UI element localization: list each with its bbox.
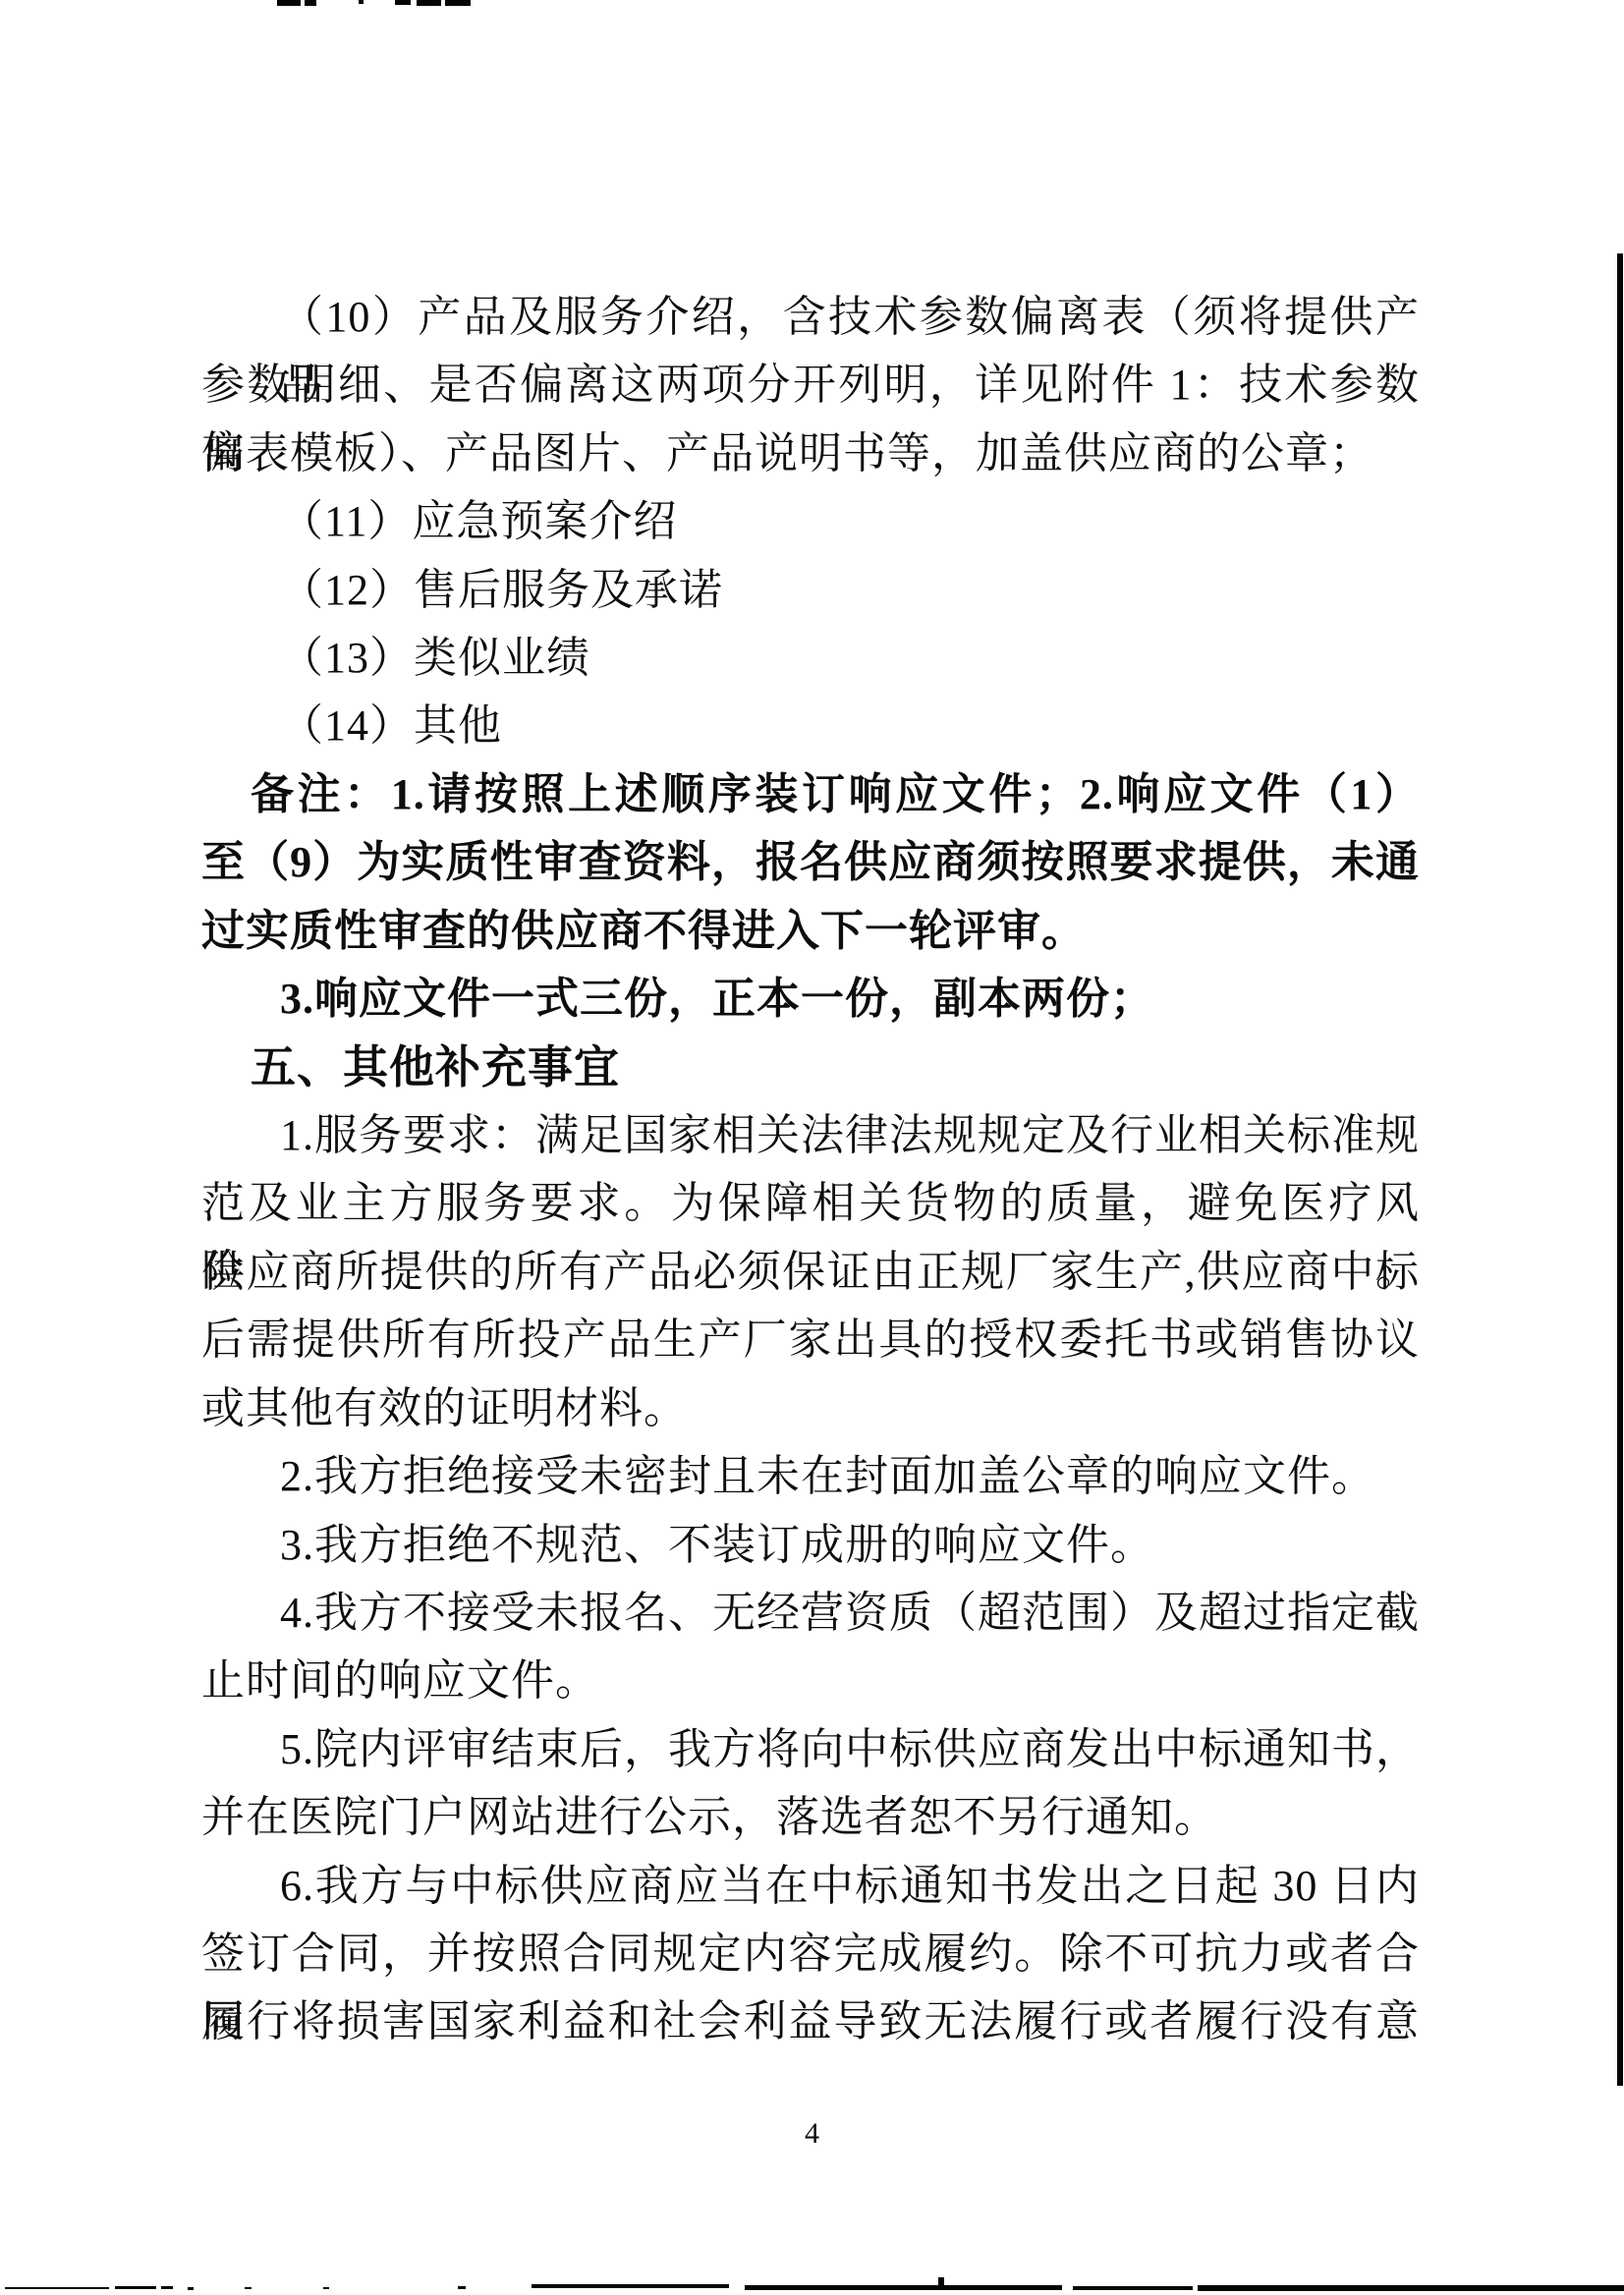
section-heading: 五、其他补充事宜 xyxy=(201,1034,1420,1101)
text-line: 4.我方不接受未报名、无经营资质（超范围）及超过指定截 xyxy=(201,1579,1420,1647)
document-page: （10）产品及服务介绍，含技术参数偏离表（须将提供产品 参数明细、是否偏离这两项… xyxy=(0,0,1624,2295)
scan-artifact-bottom xyxy=(5,2287,109,2289)
scan-artifact-bottom xyxy=(745,2285,1062,2290)
text-line: 2.我方拒绝接受未密封且未在封面加盖公章的响应文件。 xyxy=(201,1442,1420,1510)
scan-artifact-top xyxy=(359,0,364,4)
text-line: （14）其他 xyxy=(201,692,1420,759)
text-line: （13）类似业绩 xyxy=(201,624,1420,692)
text-line: 过实质性审查的供应商不得进入下一轮评审。 xyxy=(201,897,1420,965)
text-line: 或其他有效的证明材料。 xyxy=(201,1374,1420,1442)
scan-artifact-bottom xyxy=(115,2286,156,2289)
text-line: 1.服务要求：满足国家相关法律法规规定及行业相关标准规 xyxy=(201,1101,1420,1169)
text-line: （12）售后服务及承诺 xyxy=(201,556,1420,624)
scan-artifact-bottom xyxy=(188,2287,194,2290)
text-line: 6.我方与中标供应商应当在中标通知书发出之日起 30 日内 xyxy=(201,1852,1420,1920)
scan-artifact-bottom xyxy=(323,2287,329,2289)
text-line: 止时间的响应文件。 xyxy=(201,1647,1420,1714)
scan-artifact-top xyxy=(417,0,441,6)
text-line: 3.响应文件一式三份，正本一份，副本两份； xyxy=(201,965,1420,1033)
text-line: 签订合同，并按照合同规定内容完成履约。除不可抗力或者合同 xyxy=(201,1920,1420,1987)
scan-artifact-bottom xyxy=(532,2284,729,2288)
text-line: （11）应急预案介绍 xyxy=(201,487,1420,555)
text-line: 备注：1.请按照上述顺序装订响应文件；2.响应文件（1） xyxy=(201,760,1420,828)
page-number: 4 xyxy=(0,2114,1624,2154)
scan-artifact-top xyxy=(445,0,471,6)
text-line: 离表模板）、产品图片、产品说明书等，加盖供应商的公章； xyxy=(201,420,1420,487)
text-line: 并在医院门户网站进行公示，落选者恕不另行通知。 xyxy=(201,1783,1420,1851)
text-line: （10）产品及服务介绍，含技术参数偏离表（须将提供产品 xyxy=(201,283,1420,351)
scan-artifact-bottom xyxy=(1198,2285,1624,2291)
scan-artifact-bottom xyxy=(938,2277,944,2287)
text-line: 后需提供所有所投产品生产厂家出具的授权委托书或销售协议 xyxy=(201,1306,1420,1373)
text-line: 参数明细、是否偏离这两项分开列明，详见附件 1：技术参数偏 xyxy=(201,351,1420,419)
text-line: 范及业主方服务要求。为保障相关货物的质量，避免医疗风险。 xyxy=(201,1169,1420,1237)
scan-artifact-top xyxy=(305,0,316,6)
text-line: 履行将损害国家利益和社会利益导致无法履行或者履行没有意 xyxy=(201,1987,1420,2055)
text-line: 供应商所提供的所有产品必须保证由正规厂家生产,供应商中标 xyxy=(201,1238,1420,1306)
scan-artifact-bottom xyxy=(245,2287,252,2289)
text-line: 3.我方拒绝不规范、不装订成册的响应文件。 xyxy=(201,1511,1420,1579)
text-line: 至（9）为实质性审查资料，报名供应商须按照要求提供，未通 xyxy=(201,828,1420,896)
scan-artifact-bottom xyxy=(161,2286,173,2289)
scan-artifact-bottom xyxy=(458,2286,466,2289)
scan-artifact-bottom xyxy=(1073,2286,1193,2290)
scan-artifact-top xyxy=(277,0,301,6)
scan-artifact-right-edge xyxy=(1617,253,1623,2086)
scan-artifact-top xyxy=(395,0,411,5)
text-line: 5.院内评审结束后，我方将向中标供应商发出中标通知书， xyxy=(201,1715,1420,1783)
